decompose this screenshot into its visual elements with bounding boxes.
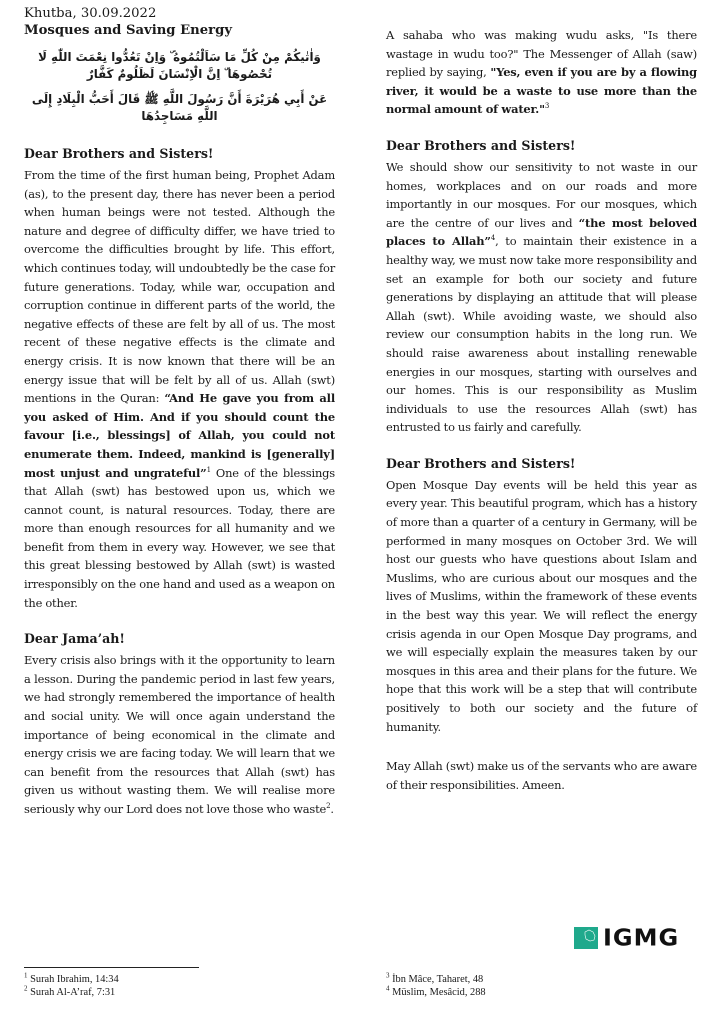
paragraph: We should show our sensitivity to not wa… bbox=[386, 158, 697, 437]
left-column: Khutba, 30.09.2022 Mosques and Saving En… bbox=[24, 0, 335, 819]
khutba-date: Khutba, 30.09.2022 bbox=[24, 5, 335, 22]
footnote-ref: 3 bbox=[545, 103, 549, 111]
paragraph: Open Mosque Day events will be held this… bbox=[386, 476, 697, 736]
section-heading: Dear Jama’ah! bbox=[24, 630, 335, 648]
footnote-divider bbox=[24, 967, 199, 968]
footnote-text: İbn Mâce, Taharet, 48 bbox=[390, 974, 484, 985]
paragraph-text: From the time of the first human being, … bbox=[24, 168, 335, 405]
footnote-text: Müslim, Mesâcid, 288 bbox=[390, 987, 486, 998]
section-heading: Dear Brothers and Sisters! bbox=[386, 455, 697, 473]
igmg-logo: IGMG bbox=[574, 926, 679, 950]
footnote-text: Surah Al-A’raf, 7:31 bbox=[28, 987, 116, 998]
paragraph: Every crisis also brings with it the opp… bbox=[24, 651, 335, 818]
crescent-mosque-icon bbox=[574, 927, 598, 949]
closing-prayer: May Allah (swt) make us of the servants … bbox=[386, 757, 697, 794]
paragraph-text: , to maintain their existence in a healt… bbox=[386, 234, 697, 434]
page-title: Mosques and Saving Energy bbox=[24, 22, 335, 39]
paragraph-text: One of the blessings that Allah (swt) ha… bbox=[24, 466, 335, 610]
paragraph-text: Every crisis also brings with it the opp… bbox=[24, 653, 335, 816]
footnote: 1 Surah Ibrahim, 14:34 bbox=[24, 973, 119, 986]
footnote-text: Surah Ibrahim, 14:34 bbox=[28, 974, 119, 985]
footnotes-right: 3 İbn Mâce, Taharet, 48 4 Müslim, Mesâci… bbox=[386, 973, 486, 999]
logo-text: IGMG bbox=[603, 927, 679, 950]
footnote: 2 Surah Al-A’raf, 7:31 bbox=[24, 986, 119, 999]
paragraph: From the time of the first human being, … bbox=[24, 166, 335, 612]
section-heading: Dear Brothers and Sisters! bbox=[24, 145, 335, 163]
section-heading: Dear Brothers and Sisters! bbox=[386, 137, 697, 155]
footnote: 3 İbn Mâce, Taharet, 48 bbox=[386, 973, 486, 986]
right-column: A sahaba who was making wudu asks, "Is t… bbox=[386, 0, 697, 794]
paragraph-text: . bbox=[330, 802, 333, 816]
footnotes-left: 1 Surah Ibrahim, 14:34 2 Surah Al-A’raf,… bbox=[24, 973, 119, 999]
arabic-hadith: عَنْ أَبِي هُرَيْرَةَ أَنَّ رَسُولَ اللَ… bbox=[24, 91, 335, 125]
arabic-verse: وَاٰتٰيكُمْ مِنْ كُلِّ مَا سَاَلْتُمُوهُ… bbox=[24, 49, 335, 83]
paragraph: A sahaba who was making wudu asks, "Is t… bbox=[386, 26, 697, 119]
footnote: 4 Müslim, Mesâcid, 288 bbox=[386, 986, 486, 999]
